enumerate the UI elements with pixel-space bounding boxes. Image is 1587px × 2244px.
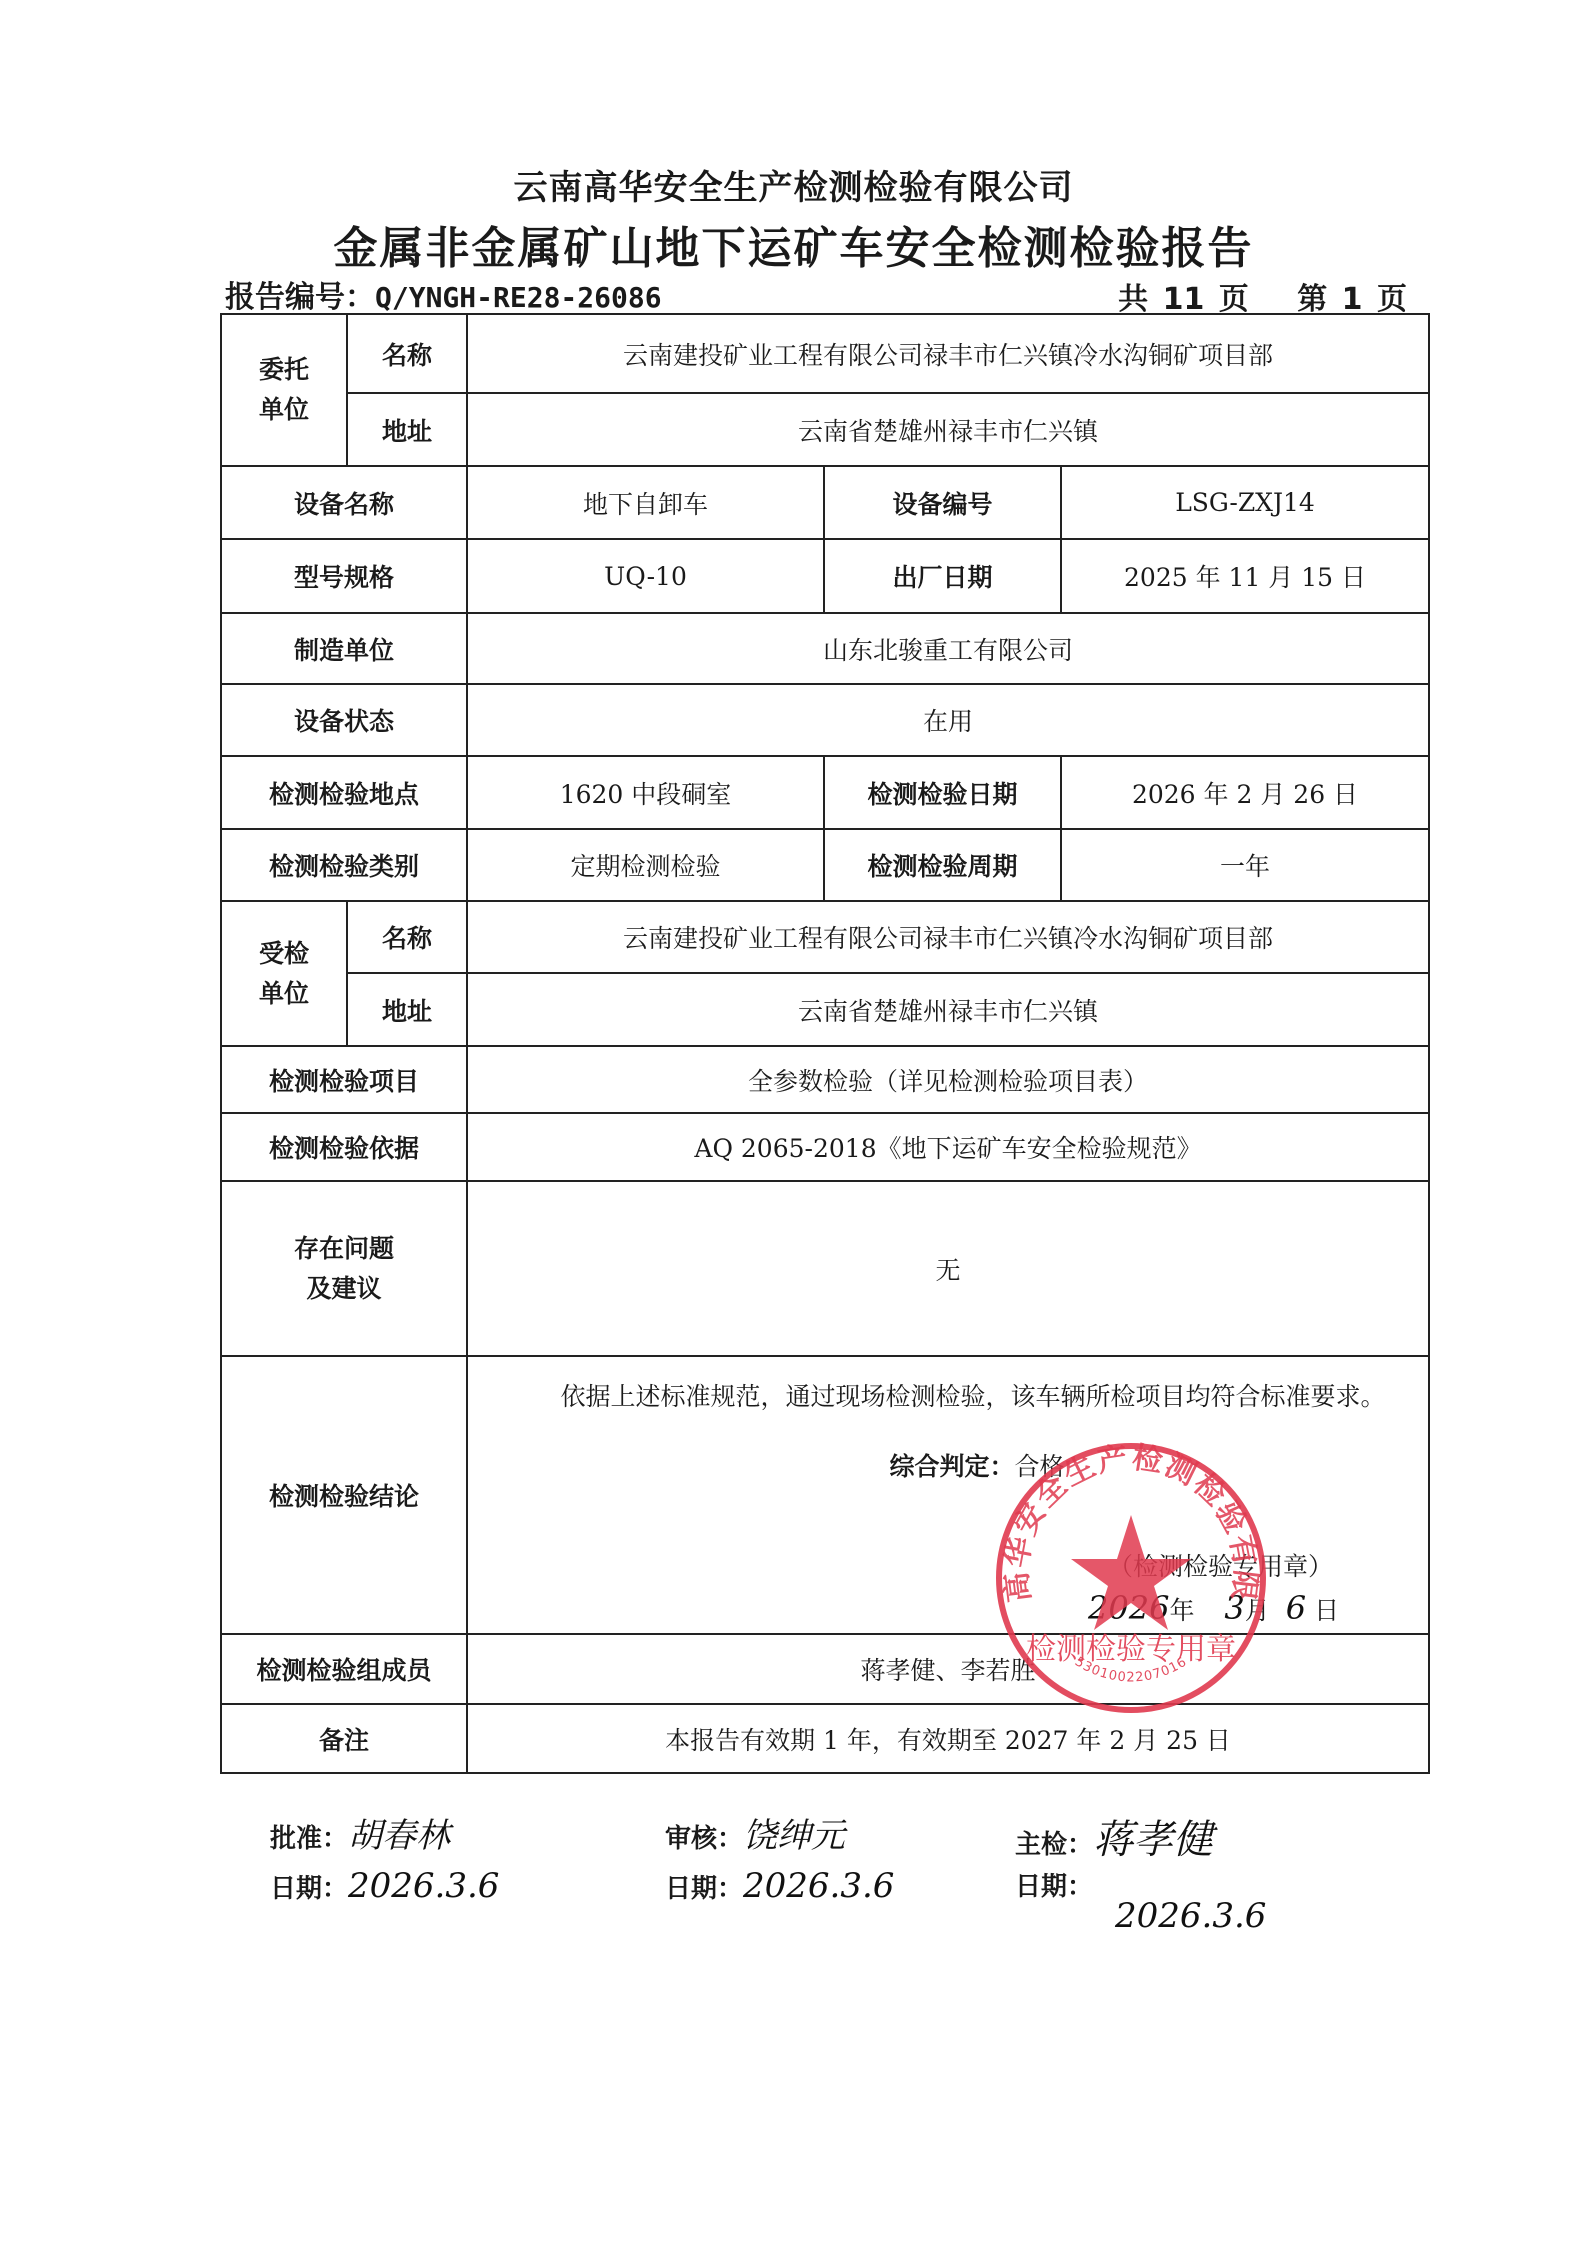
equipment-no-value: LSG-ZXJ14 (1061, 466, 1429, 539)
approve-label: 批准： (270, 1824, 348, 1854)
basis-label: 检测检验依据 (221, 1113, 467, 1181)
issues-value: 无 (467, 1181, 1429, 1356)
equipment-no-label: 设备编号 (824, 466, 1061, 539)
report-title: 金属非金属矿山地下运矿车安全检测检验报告 (0, 212, 1587, 276)
factory-date-label: 出厂日期 (824, 539, 1061, 613)
current-page: 第 1 页 (1297, 282, 1407, 317)
items-row: 检测检验项目 全参数检验（详见检测检验项目表） (221, 1046, 1429, 1113)
items-value: 全参数检验（详见检测检验项目表） (467, 1046, 1429, 1113)
verdict: 综合判定：合格 (468, 1447, 1428, 1487)
chief-date-value: 2026.3.6 (1115, 1896, 1266, 1936)
remark-row: 备注 本报告有效期 1 年，有效期至 2027 年 2 月 25 日 (221, 1704, 1429, 1773)
period-value: 一年 (1061, 829, 1429, 901)
conclusion-row: 检测检验结论 依据上述标准规范，通过现场检测检验，该车辆所检项目均符合标准要求。… (221, 1356, 1429, 1634)
model-label: 型号规格 (221, 539, 467, 613)
inspected-group-label: 受检 单位 (221, 901, 347, 1046)
seal-date-month: 3 (1224, 1589, 1244, 1627)
seal-date: 2026年 3月 6日 (1088, 1589, 1339, 1627)
report-number: 报告编号：Q/YNGH-RE28-26086 (225, 272, 662, 316)
review-date-label: 日期： (665, 1874, 743, 1904)
manufacturer-row: 制造单位 山东北骏重工有限公司 (221, 613, 1429, 684)
client-name-label: 名称 (347, 314, 467, 393)
inspected-name-value: 云南建投矿业工程有限公司禄丰市仁兴镇冷水沟铜矿项目部 (467, 901, 1429, 973)
seal-date-day: 6 (1286, 1589, 1306, 1627)
review-label: 审核： (665, 1824, 743, 1854)
conclusion-label: 检测检验结论 (221, 1356, 467, 1634)
inspected-address-value: 云南省楚雄州禄丰市仁兴镇 (467, 973, 1429, 1046)
client-group-label: 委托 单位 (221, 314, 347, 466)
approve-signature: 批准：胡春林 (270, 1808, 450, 1857)
seal-date-year: 2026 (1088, 1589, 1169, 1627)
chief-signature: 主检：蒋孝健 (1015, 1808, 1213, 1865)
members-label: 检测检验组成员 (221, 1634, 467, 1704)
seal-caption: （检测检验专用章） (1108, 1547, 1333, 1583)
factory-date-value: 2025 年 11 月 15 日 (1061, 539, 1429, 613)
remark-value: 本报告有效期 1 年，有效期至 2027 年 2 月 25 日 (467, 1704, 1429, 1773)
status-label: 设备状态 (221, 684, 467, 756)
approve-date-label: 日期： (270, 1874, 348, 1904)
basis-row: 检测检验依据 AQ 2065-2018《地下运矿车安全检验规范》 (221, 1113, 1429, 1181)
period-label: 检测检验周期 (824, 829, 1061, 901)
issues-row: 存在问题 及建议 无 (221, 1181, 1429, 1356)
category-row: 检测检验类别 定期检测检验 检测检验周期 一年 (221, 829, 1429, 901)
client-address-label: 地址 (347, 393, 467, 466)
approve-date-value: 2026.3.6 (348, 1866, 499, 1906)
members-value: 蒋孝健、李若胜 (467, 1634, 1429, 1704)
inspected-address-row: 地址 云南省楚雄州禄丰市仁兴镇 (221, 973, 1429, 1046)
model-value: UQ-10 (467, 539, 824, 613)
chief-date-label: 日期： (1015, 1872, 1093, 1902)
equipment-row: 设备名称 地下自卸车 设备编号 LSG-ZXJ14 (221, 466, 1429, 539)
inspection-date-label: 检测检验日期 (824, 756, 1061, 829)
items-label: 检测检验项目 (221, 1046, 467, 1113)
client-name-value: 云南建投矿业工程有限公司禄丰市仁兴镇冷水沟铜矿项目部 (467, 314, 1429, 393)
review-date: 日期：2026.3.6 (665, 1866, 894, 1906)
chief-name: 蒋孝健 (1093, 1817, 1213, 1863)
verdict-value: 合格 (1015, 1452, 1065, 1481)
equipment-name-label: 设备名称 (221, 466, 467, 539)
conclusion-cell: 依据上述标准规范，通过现场检测检验，该车辆所检项目均符合标准要求。 综合判定：合… (467, 1356, 1429, 1634)
status-row: 设备状态 在用 (221, 684, 1429, 756)
manufacturer-value: 山东北骏重工有限公司 (467, 613, 1429, 684)
inspected-name-row: 受检 单位 名称 云南建投矿业工程有限公司禄丰市仁兴镇冷水沟铜矿项目部 (221, 901, 1429, 973)
status-value: 在用 (467, 684, 1429, 756)
inspection-date-value: 2026 年 2 月 26 日 (1061, 756, 1429, 829)
report-number-label: 报告编号： (225, 280, 375, 315)
total-pages: 共 11 页 (1118, 282, 1249, 317)
inspected-name-label: 名称 (347, 901, 467, 973)
category-value: 定期检测检验 (467, 829, 824, 901)
verdict-label: 综合判定： (890, 1452, 1015, 1481)
review-date-value: 2026.3.6 (743, 1866, 894, 1906)
review-name: 饶绅元 (743, 1816, 845, 1856)
review-signature: 审核：饶绅元 (665, 1808, 845, 1857)
approve-name: 胡春林 (348, 1816, 450, 1856)
issues-label: 存在问题 及建议 (221, 1181, 467, 1356)
chief-label: 主检： (1015, 1830, 1093, 1860)
report-number-value: Q/YNGH-RE28-26086 (375, 281, 662, 314)
model-row: 型号规格 UQ-10 出厂日期 2025 年 11 月 15 日 (221, 539, 1429, 613)
basis-value: AQ 2065-2018《地下运矿车安全检验规范》 (467, 1113, 1429, 1181)
manufacturer-label: 制造单位 (221, 613, 467, 684)
client-address-row: 地址 云南省楚雄州禄丰市仁兴镇 (221, 393, 1429, 466)
remark-label: 备注 (221, 1704, 467, 1773)
inspected-address-label: 地址 (347, 973, 467, 1046)
chief-date-value-wrap: 2026.3.6 (1115, 1896, 1266, 1936)
location-label: 检测检验地点 (221, 756, 467, 829)
conclusion-text: 依据上述标准规范，通过现场检测检验，该车辆所检项目均符合标准要求。 (468, 1377, 1428, 1417)
location-row: 检测检验地点 1620 中段硐室 检测检验日期 2026 年 2 月 26 日 (221, 756, 1429, 829)
page-indicator: 共 11 页 第 1 页 (1112, 274, 1407, 318)
client-address-value: 云南省楚雄州禄丰市仁兴镇 (467, 393, 1429, 466)
inspection-report-table: 委托 单位 名称 云南建投矿业工程有限公司禄丰市仁兴镇冷水沟铜矿项目部 地址 云… (220, 313, 1430, 1774)
members-row: 检测检验组成员 蒋孝健、李若胜 (221, 1634, 1429, 1704)
location-value: 1620 中段硐室 (467, 756, 824, 829)
company-name: 云南高华安全生产检测检验有限公司 (0, 160, 1587, 209)
approve-date: 日期：2026.3.6 (270, 1866, 499, 1906)
equipment-name-value: 地下自卸车 (467, 466, 824, 539)
client-name-row: 委托 单位 名称 云南建投矿业工程有限公司禄丰市仁兴镇冷水沟铜矿项目部 (221, 314, 1429, 393)
category-label: 检测检验类别 (221, 829, 467, 901)
chief-date: 日期： (1015, 1866, 1093, 1903)
